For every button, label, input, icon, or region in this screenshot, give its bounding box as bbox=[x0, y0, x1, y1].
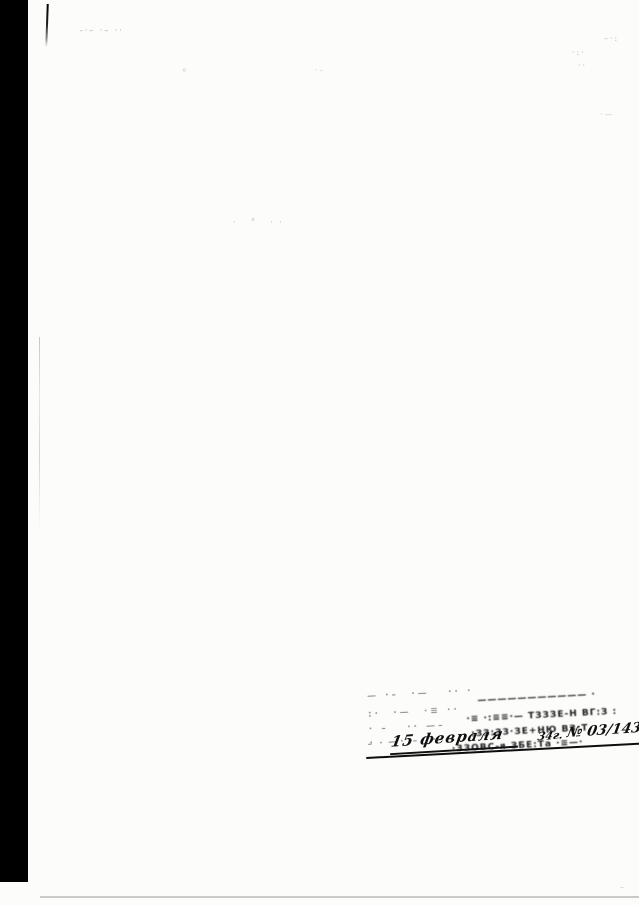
scanned-document-page: -·– ·– ·· –·: ·:· ·· ·— ·– ° · ° ·· – — … bbox=[0, 0, 639, 905]
smudge-bottom-right: – bbox=[620, 883, 626, 892]
scan-film-strip bbox=[0, 0, 28, 882]
stamp-handwriting-mark: З4г. bbox=[536, 728, 564, 743]
ink-stamp: — ·– ·— ·· · ——————————— · :· ·— ·≡ ·· ·… bbox=[364, 662, 639, 776]
pencil-dashes: -·– ·– ·· bbox=[80, 26, 124, 35]
smudge-top-right-2b: ·· bbox=[578, 61, 587, 70]
page-bottom-scan-edge bbox=[40, 896, 639, 898]
pen-stroke-mark bbox=[45, 4, 48, 47]
stamp-handwriting-faint-marks: – · bbox=[367, 739, 386, 750]
smudge-top-right-3: ·— bbox=[600, 110, 615, 119]
smudge-mid-top: ·– bbox=[315, 66, 326, 75]
stamp-handwriting-number: № 03/143 bbox=[566, 720, 639, 741]
smudge-center: · ° ·· bbox=[233, 218, 288, 228]
smudge-top-right-1: –·: bbox=[604, 34, 619, 43]
smudge-ring: ° bbox=[182, 68, 189, 79]
smudge-top-right-2: ·:· bbox=[572, 48, 586, 57]
margin-fold-line bbox=[39, 337, 40, 533]
